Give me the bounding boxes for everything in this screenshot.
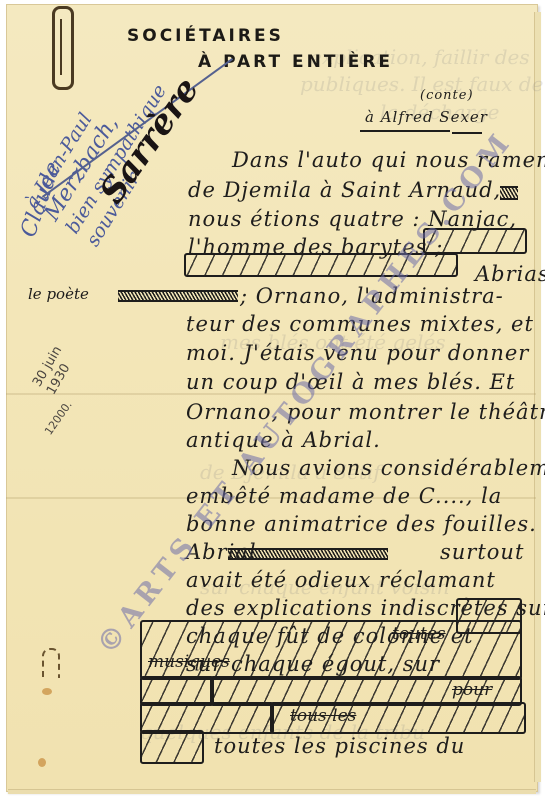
body-line: un coup d'œil à mes blés. Et: [186, 370, 515, 394]
dedicatee-underline: [360, 130, 450, 132]
struck-word: pour: [452, 680, 492, 700]
body-line: Nous avions considérablement: [232, 456, 545, 480]
struck-word: musiques: [148, 652, 230, 672]
rust-stain: [42, 688, 52, 695]
page-stack-edge: [534, 12, 541, 782]
crossed-out-passage: [140, 730, 204, 764]
crossed-out-word: [118, 290, 238, 302]
genre-label: (conte): [420, 88, 474, 103]
crossed-out-word: [228, 548, 388, 560]
body-line: surtout: [440, 540, 524, 564]
body-line: Ornano, pour montrer le théâtre: [186, 400, 545, 424]
struck-word: tous les: [290, 706, 356, 726]
rust-stain: [38, 758, 46, 767]
body-line: toutes les piscines du: [214, 734, 465, 758]
paperclip-icon: [52, 6, 74, 90]
struck-word: toutes: [392, 624, 446, 644]
paperclip-mark-icon: [42, 648, 60, 678]
page-stack-edge-bottom: [8, 789, 536, 794]
body-line: bonne animatrice des fouilles.: [186, 512, 537, 536]
dedicatee-underline: [452, 132, 482, 134]
title-line-1: SOCIÉTAIRES: [127, 26, 284, 46]
margin-note-poet: le poète: [28, 285, 89, 303]
body-line: Abrias,: [475, 262, 545, 286]
dedicatee: à Alfred Sexer: [365, 108, 488, 126]
crossed-out-word: [500, 186, 518, 200]
body-line: avait été odieux réclamant: [186, 568, 496, 592]
